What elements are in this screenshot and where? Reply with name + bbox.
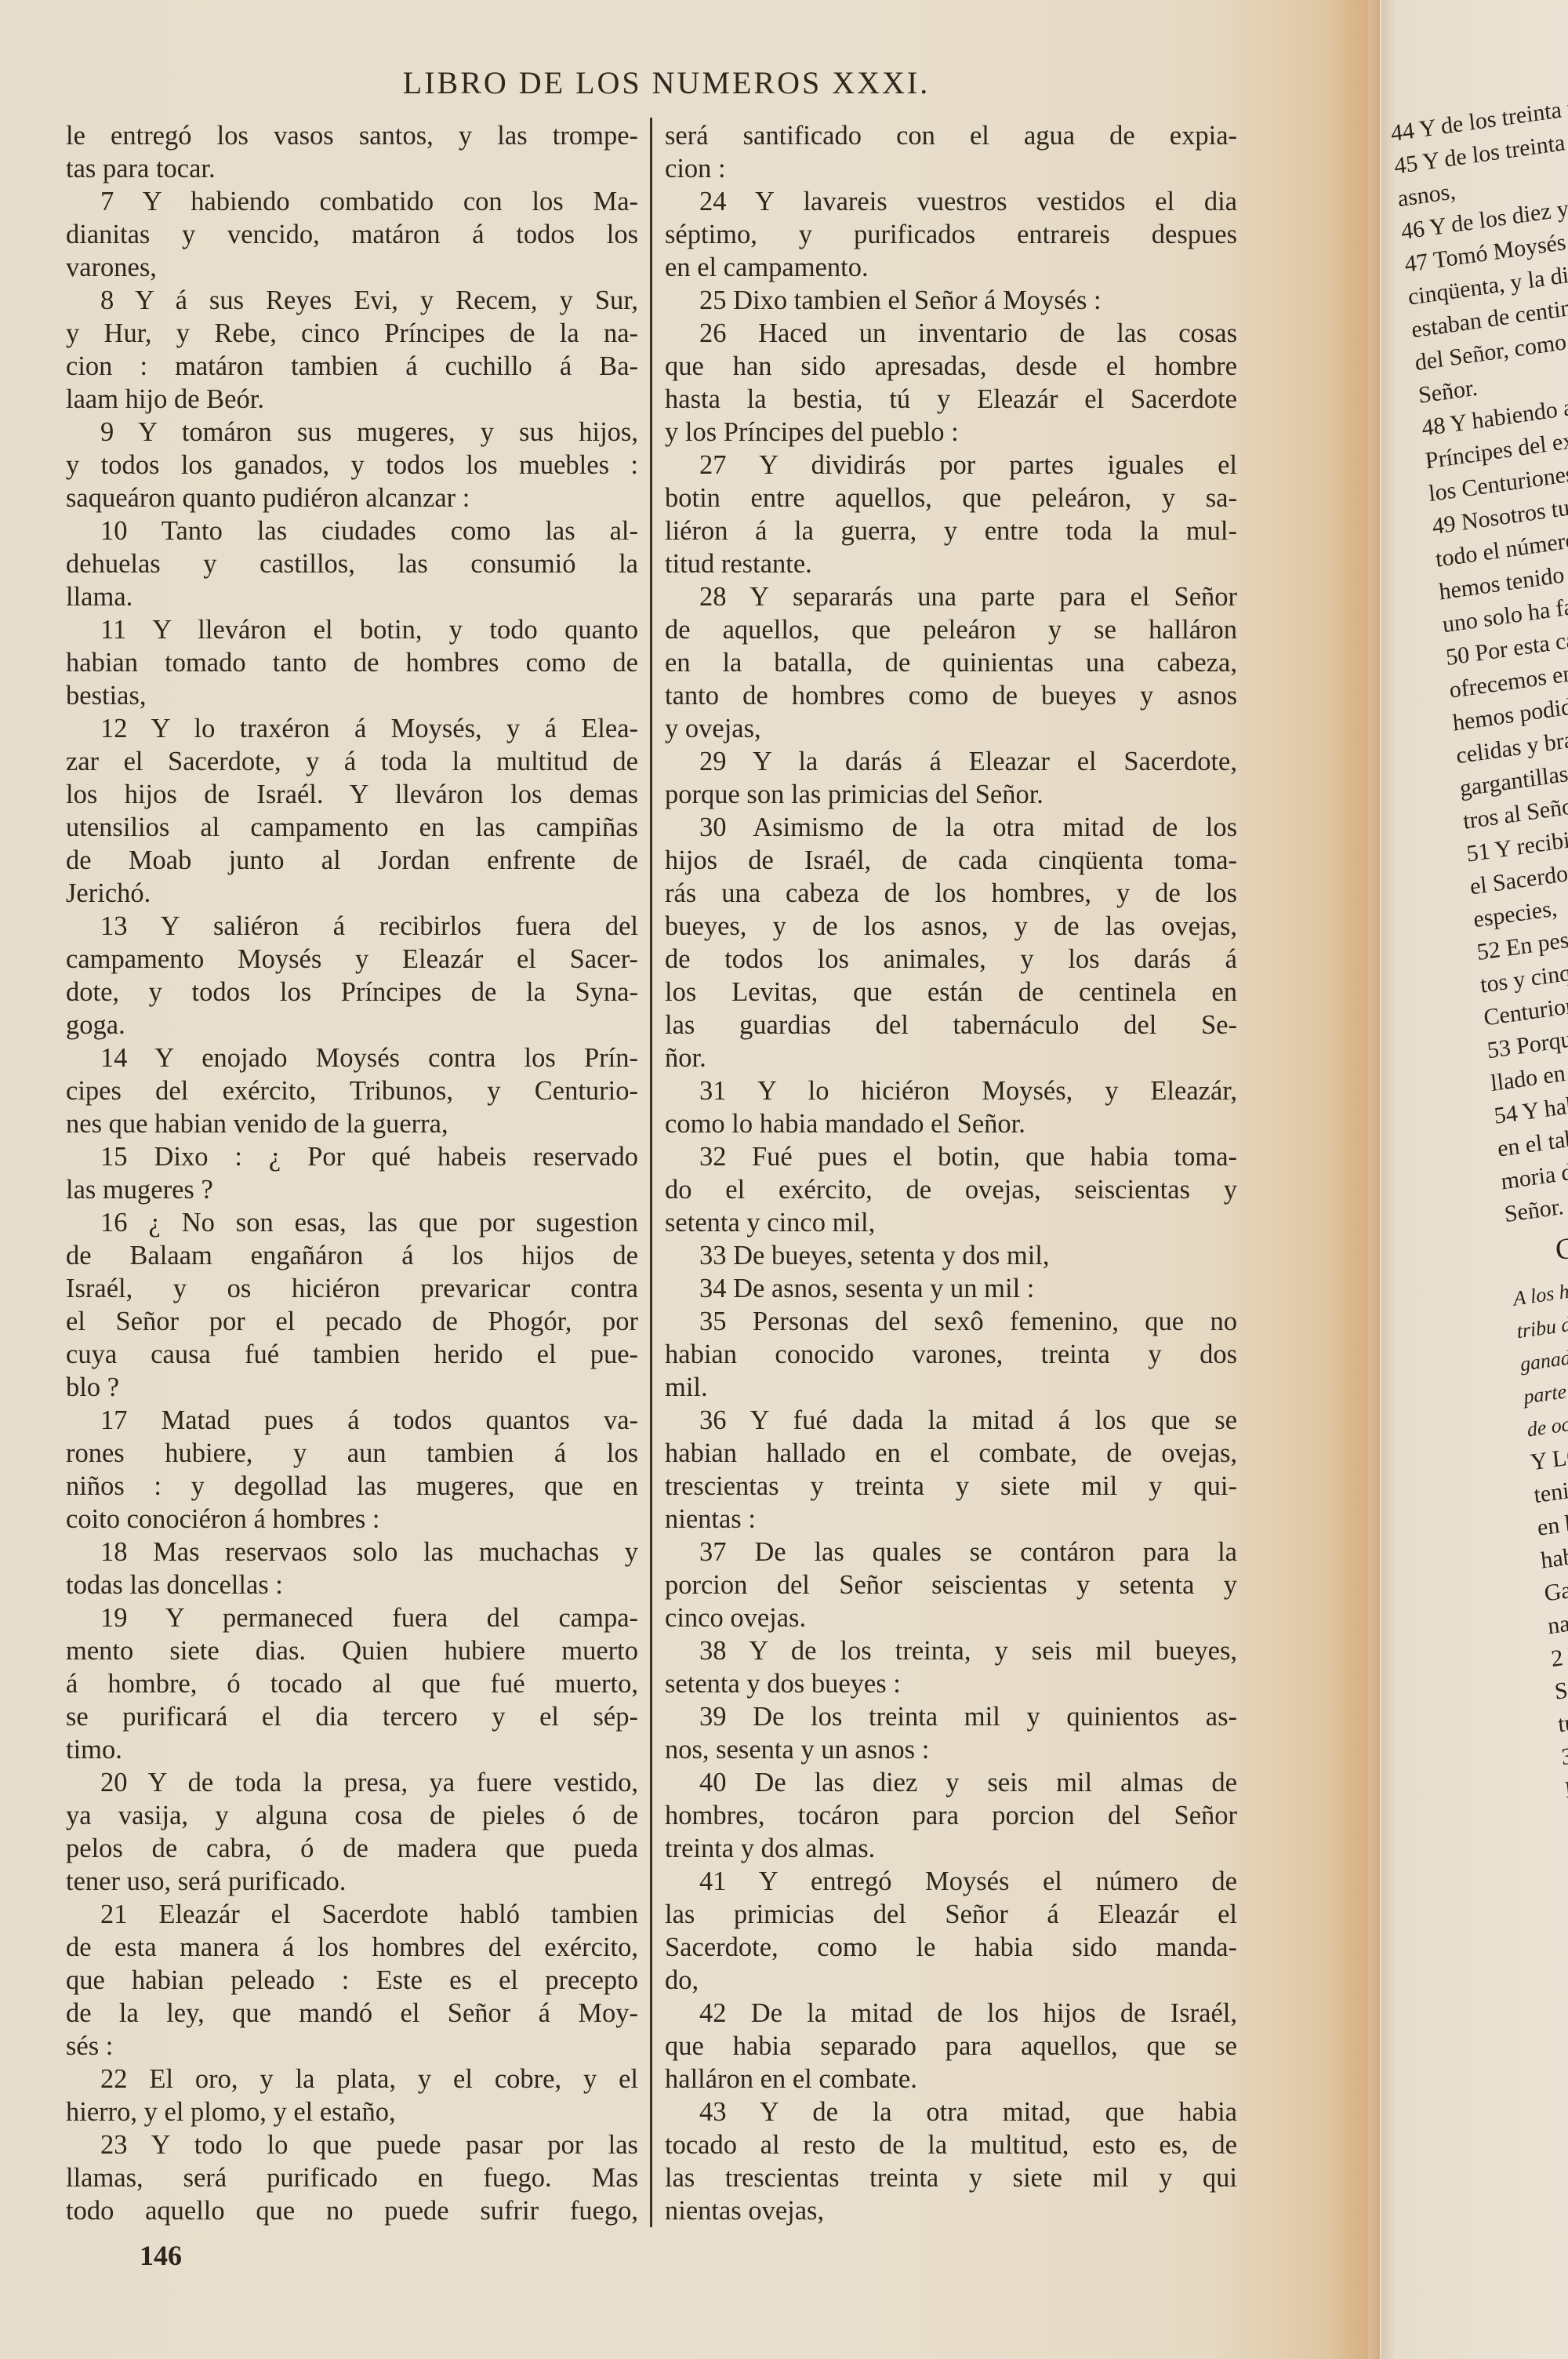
text-line: bestias, bbox=[66, 679, 638, 712]
text-line: porque son las primicias del Señor. bbox=[665, 778, 1237, 811]
text-line: hombres, tocáron para porcion del Señor bbox=[665, 1799, 1237, 1832]
text-line: bueyes, y de los asnos, y de las ovejas, bbox=[665, 910, 1237, 943]
text-line: rás una cabeza de los hombres, y de los bbox=[665, 877, 1237, 910]
text-line: 28 Y separarás una parte para el Señor bbox=[665, 580, 1237, 613]
text-line: 31 Y lo hiciéron Moysés, y Eleazár, bbox=[665, 1074, 1237, 1107]
text-line: laam hijo de Beór. bbox=[66, 383, 638, 416]
text-line: que habian peleado : Este es el precepto bbox=[66, 1964, 638, 1997]
text-line: nientas ovejas, bbox=[665, 2194, 1237, 2227]
text-line: en la batalla, de quinientas una cabeza, bbox=[665, 646, 1237, 679]
column-rule bbox=[650, 118, 652, 2227]
text-line: 32 Fué pues el botin, que habia toma- bbox=[665, 1140, 1237, 1173]
text-line: 36 Y fué dada la mitad á los que se bbox=[665, 1404, 1237, 1437]
text-line: Israél, y os hiciéron prevaricar contra bbox=[66, 1272, 638, 1305]
text-line: de Moab junto al Jordan enfrente de bbox=[66, 844, 638, 877]
text-line: será santificado con el agua de expia- bbox=[665, 119, 1237, 152]
text-line: 43 Y de la otra mitad, que habia bbox=[665, 2095, 1237, 2128]
text-line: las trescientas treinta y siete mil y qu… bbox=[665, 2161, 1237, 2194]
text-line: 38 Y de los treinta, y seis mil bueyes, bbox=[665, 1634, 1237, 1667]
text-line: botin entre aquellos, que peleáron, y sa… bbox=[665, 482, 1237, 514]
text-line: titud restante. bbox=[665, 547, 1237, 580]
text-line: las mugeres ? bbox=[66, 1173, 638, 1206]
text-line: 37 De las quales se contáron para la bbox=[665, 1536, 1237, 1568]
text-line: 13 Y saliéron á recibirlos fuera del bbox=[66, 910, 638, 943]
text-line: pelos de cabra, ó de madera que pueda bbox=[66, 1832, 638, 1865]
text-line: se purificará el dia tercero y el sép- bbox=[66, 1700, 638, 1733]
text-line: setenta y cinco mil, bbox=[665, 1206, 1237, 1239]
text-line: habian hallado en el combate, de ovejas, bbox=[665, 1437, 1237, 1470]
text-line: mento siete dias. Quien hubiere muerto bbox=[66, 1634, 638, 1667]
text-line: todas las doncellas : bbox=[66, 1568, 638, 1601]
text-line: 11 Y lleváron el botin, y todo quanto bbox=[66, 613, 638, 646]
text-line: cion : matáron tambien á cuchillo á Ba- bbox=[66, 350, 638, 383]
text-line: 18 Mas reservaos solo las muchachas y bbox=[66, 1536, 638, 1568]
text-line: mil. bbox=[665, 1371, 1237, 1404]
text-line: de la ley, que mandó el Señor á Moy- bbox=[66, 1997, 638, 2030]
text-line: 29 Y la darás á Eleazar el Sacerdote, bbox=[665, 745, 1237, 778]
text-line: 35 Personas del sexô femenino, que no bbox=[665, 1305, 1237, 1338]
text-line: 7 Y habiendo combatido con los Ma- bbox=[66, 185, 638, 218]
text-line: 10 Tanto las ciudades como las al- bbox=[66, 514, 638, 547]
text-line: setenta y dos bueyes : bbox=[665, 1667, 1237, 1700]
text-line: que han sido apresadas, desde el hombre bbox=[665, 350, 1237, 383]
text-line: tas para tocar. bbox=[66, 152, 638, 185]
text-line: de aquellos, que peleáron y se halláron bbox=[665, 613, 1237, 646]
text-line: 24 Y lavareis vuestros vestidos el dia bbox=[665, 185, 1237, 218]
text-line: Jerichó. bbox=[66, 877, 638, 910]
text-line: halláron en el combate. bbox=[665, 2063, 1237, 2095]
text-line: do, bbox=[665, 1964, 1237, 1997]
text-line: varones, bbox=[66, 251, 638, 284]
text-line: cuya causa fué tambien herido el pue- bbox=[66, 1338, 638, 1371]
text-line: de todos los animales, y los darás á bbox=[665, 943, 1237, 976]
text-line: niños : y degollad las mugeres, que en bbox=[66, 1470, 638, 1503]
text-line: treinta y dos almas. bbox=[665, 1832, 1237, 1865]
text-line: cinco ovejas. bbox=[665, 1601, 1237, 1634]
text-line: y los Príncipes del pueblo : bbox=[665, 416, 1237, 449]
text-line: blo ? bbox=[66, 1371, 638, 1404]
text-line: 19 Y permaneced fuera del campa- bbox=[66, 1601, 638, 1634]
text-line: llamas, será purificado en fuego. Mas bbox=[66, 2161, 638, 2194]
text-line: 12 Y lo traxéron á Moysés, y á Elea- bbox=[66, 712, 638, 745]
text-line: 39 De los treinta mil y quinientos as- bbox=[665, 1700, 1237, 1733]
left-text-column: le entregó los vasos santos, y las tromp… bbox=[66, 119, 638, 2227]
text-line: 9 Y tomáron sus mugeres, y sus hijos, bbox=[66, 416, 638, 449]
text-line: trescientas y treinta y siete mil y qui- bbox=[665, 1470, 1237, 1503]
text-line: habian conocido varones, treinta y dos bbox=[665, 1338, 1237, 1371]
text-line: 20 Y de toda la presa, ya fuere vestido, bbox=[66, 1766, 638, 1799]
text-line: 8 Y á sus Reyes Evi, y Recem, y Sur, bbox=[66, 284, 638, 317]
text-line: 17 Matad pues á todos quantos va- bbox=[66, 1404, 638, 1437]
text-line: dianitas y vencido, matáron á todos los bbox=[66, 218, 638, 251]
text-line: ya vasija, y alguna cosa de pieles ó de bbox=[66, 1799, 638, 1832]
text-line: en el campamento. bbox=[665, 251, 1237, 284]
running-head: LIBRO DE LOS NUMEROS XXXI. bbox=[368, 64, 964, 101]
text-line: hierro, y el plomo, y el estaño, bbox=[66, 2095, 638, 2128]
text-line: dehuelas y castillos, las consumió la bbox=[66, 547, 638, 580]
text-line: saqueáron quanto pudiéron alcanzar : bbox=[66, 482, 638, 514]
text-line: nos, sesenta y un asnos : bbox=[665, 1733, 1237, 1766]
text-line: hijos de Israél, de cada cinqüenta toma- bbox=[665, 844, 1237, 877]
text-line: las guardias del tabernáculo del Se- bbox=[665, 1009, 1237, 1041]
text-line: goga. bbox=[66, 1009, 638, 1041]
text-line: y ovejas, bbox=[665, 712, 1237, 745]
text-line: dote, y todos los Príncipes de la Syna- bbox=[66, 976, 638, 1009]
text-line: todo aquello que no puede sufrir fuego, bbox=[66, 2194, 638, 2227]
text-line: zar el Sacerdote, y á toda la multitud d… bbox=[66, 745, 638, 778]
text-line: 27 Y dividirás por partes iguales el bbox=[665, 449, 1237, 482]
text-line: le entregó los vasos santos, y las tromp… bbox=[66, 119, 638, 152]
text-line: hasta la bestia, tú y Eleazár el Sacerdo… bbox=[665, 383, 1237, 416]
text-line: do el exército, de ovejas, seiscientas y bbox=[665, 1173, 1237, 1206]
right-text-column: será santificado con el agua de expia-ci… bbox=[665, 119, 1237, 2227]
text-line: sés : bbox=[66, 2030, 638, 2063]
text-line: como lo habia mandado el Señor. bbox=[665, 1107, 1237, 1140]
text-line: tanto de hombres como de bueyes y asnos bbox=[665, 679, 1237, 712]
text-line: Sacerdote, como le habia sido manda- bbox=[665, 1931, 1237, 1964]
text-line: 40 De las diez y seis mil almas de bbox=[665, 1766, 1237, 1799]
text-line: 41 Y entregó Moysés el número de bbox=[665, 1865, 1237, 1898]
text-line: utensilios al campamento en las campiñas bbox=[66, 811, 638, 844]
text-line: nientas : bbox=[665, 1503, 1237, 1536]
text-line: séptimo, y purificados entrareis despues bbox=[665, 218, 1237, 251]
text-line: coito conociéron á hombres : bbox=[66, 1503, 638, 1536]
page-number: 146 bbox=[140, 2239, 182, 2272]
text-line: nes que habian venido de la guerra, bbox=[66, 1107, 638, 1140]
text-line: porcion del Señor seiscientas y setenta … bbox=[665, 1568, 1237, 1601]
text-line: 33 De bueyes, setenta y dos mil, bbox=[665, 1239, 1237, 1272]
text-line: cion : bbox=[665, 152, 1237, 185]
text-line: timo. bbox=[66, 1733, 638, 1766]
text-line: llama. bbox=[66, 580, 638, 613]
text-line: 30 Asimismo de la otra mitad de los bbox=[665, 811, 1237, 844]
text-line: tocado al resto de la multitud, esto es,… bbox=[665, 2128, 1237, 2161]
text-line: que habia separado para aquellos, que se bbox=[665, 2030, 1237, 2063]
text-line: los Levitas, que están de centinela en bbox=[665, 976, 1237, 1009]
text-line: habian tomado tanto de hombres como de bbox=[66, 646, 638, 679]
text-line: 15 Dixo : ¿ Por qué habeis reservado bbox=[66, 1140, 638, 1173]
text-line: 34 De asnos, sesenta y un mil : bbox=[665, 1272, 1237, 1305]
text-line: de Balaam engañáron á los hijos de bbox=[66, 1239, 638, 1272]
text-line: 21 Eleazár el Sacerdote habló tambien bbox=[66, 1898, 638, 1931]
text-line: 42 De la mitad de los hijos de Israél, bbox=[665, 1997, 1237, 2030]
text-line: tener uso, será purificado. bbox=[66, 1865, 638, 1898]
text-line: 22 El oro, y la plata, y el cobre, y el bbox=[66, 2063, 638, 2095]
text-line: 16 ¿ No son esas, las que por sugestion bbox=[66, 1206, 638, 1239]
text-line: los hijos de Israél. Y lleváron los dema… bbox=[66, 778, 638, 811]
text-line: 26 Haced un inventario de las cosas bbox=[665, 317, 1237, 350]
text-line: 14 Y enojado Moysés contra los Prín- bbox=[66, 1041, 638, 1074]
text-line: 23 Y todo lo que puede pasar por las bbox=[66, 2128, 638, 2161]
text-line: á hombre, ó tocado al que fué muerto, bbox=[66, 1667, 638, 1700]
text-line: rones hubiere, y aun tambien á los bbox=[66, 1437, 638, 1470]
text-line: campamento Moysés y Eleazár el Sacer- bbox=[66, 943, 638, 976]
text-line: y todos los ganados, y todos los muebles… bbox=[66, 449, 638, 482]
facing-page-text: 44 Y de los treinta y45 Y de los treinta… bbox=[1389, 52, 1568, 2200]
text-line: ñor. bbox=[665, 1041, 1237, 1074]
text-line: y Hur, y Rebe, cinco Príncipes de la na- bbox=[66, 317, 638, 350]
text-line: liéron á la guerra, y entre toda la mul- bbox=[665, 514, 1237, 547]
book-gutter bbox=[1333, 0, 1380, 2359]
text-line: las primicias del Señor á Eleazár el bbox=[665, 1898, 1237, 1931]
text-line: 25 Dixo tambien el Señor á Moysés : bbox=[665, 284, 1237, 317]
text-line: de esta manera á los hombres del exércit… bbox=[66, 1931, 638, 1964]
facing-page: 44 Y de los treinta y45 Y de los treinta… bbox=[1381, 0, 1568, 2359]
text-line: el Señor por el pecado de Phogór, por bbox=[66, 1305, 638, 1338]
text-line: cipes del exército, Tribunos, y Centurio… bbox=[66, 1074, 638, 1107]
